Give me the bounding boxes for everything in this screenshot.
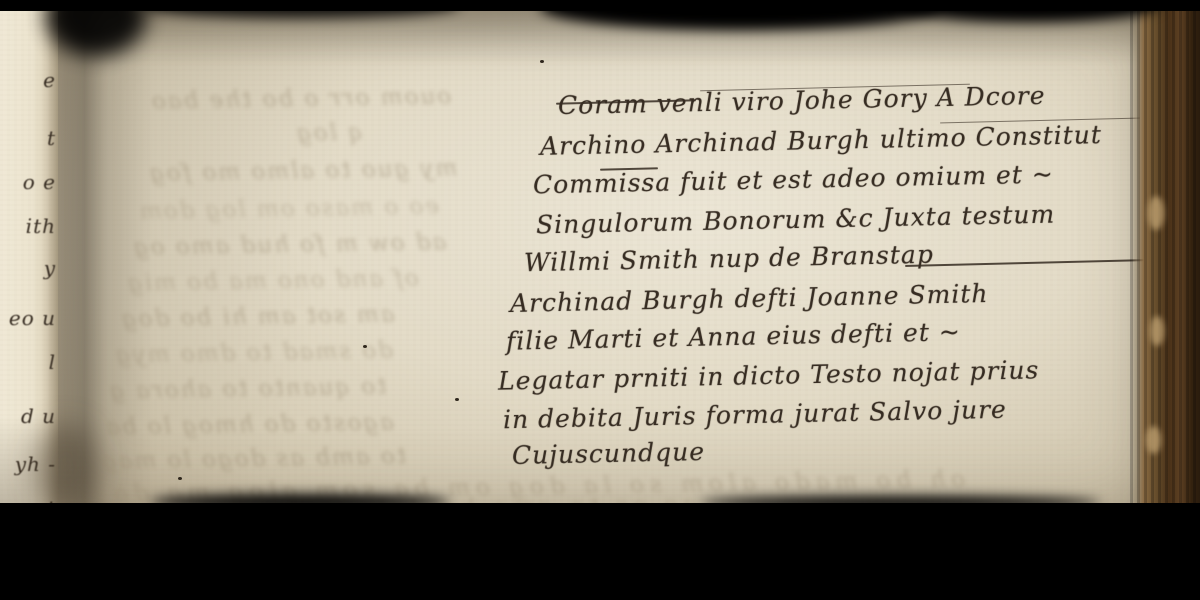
entry-line-8: Legatar prniti in dicto Testo nojat priu… — [498, 355, 1040, 395]
ink-speck — [178, 477, 182, 480]
page-bottom-shadow — [150, 494, 450, 510]
entry-line-5: Willmi Smith nup de Branstap — [524, 240, 934, 278]
entry-line-9: in debita Juris forma jurat Salvo jure — [503, 395, 1007, 435]
photo-area: e t o e ith y eo u l d u yh - t ouom orr… — [0, 0, 1200, 600]
binding-wear-spot — [1148, 196, 1164, 230]
binding-wear-spot — [1146, 426, 1161, 454]
entry-line-10: Cujuscundque — [512, 437, 706, 470]
book-binding-edge — [1130, 6, 1200, 506]
entry-line-2: Archino Archinad Burgh ultimo Constitut — [540, 120, 1102, 161]
binding-wear-spot — [1150, 316, 1164, 346]
entry-line-6: Archinad Burgh defti Joanne Smith — [510, 279, 989, 318]
ink-flourish — [905, 259, 1148, 267]
page-bottom-shadow — [700, 496, 1100, 510]
ink-speck — [540, 60, 544, 63]
ink-speck — [363, 345, 367, 348]
bottom-black-bar — [0, 503, 1200, 600]
entry-line-3: Commissa fuit et est adeo omium et ~ — [533, 160, 1054, 200]
ink-speck — [455, 398, 459, 401]
entry-line-4: Singulorum Bonorum &c Juxta testum — [536, 200, 1056, 240]
entry-line-7: filie Marti et Anna eius defti et ~ — [506, 317, 961, 356]
manuscript-photo: e t o e ith y eo u l d u yh - t ouom orr… — [0, 0, 1200, 600]
